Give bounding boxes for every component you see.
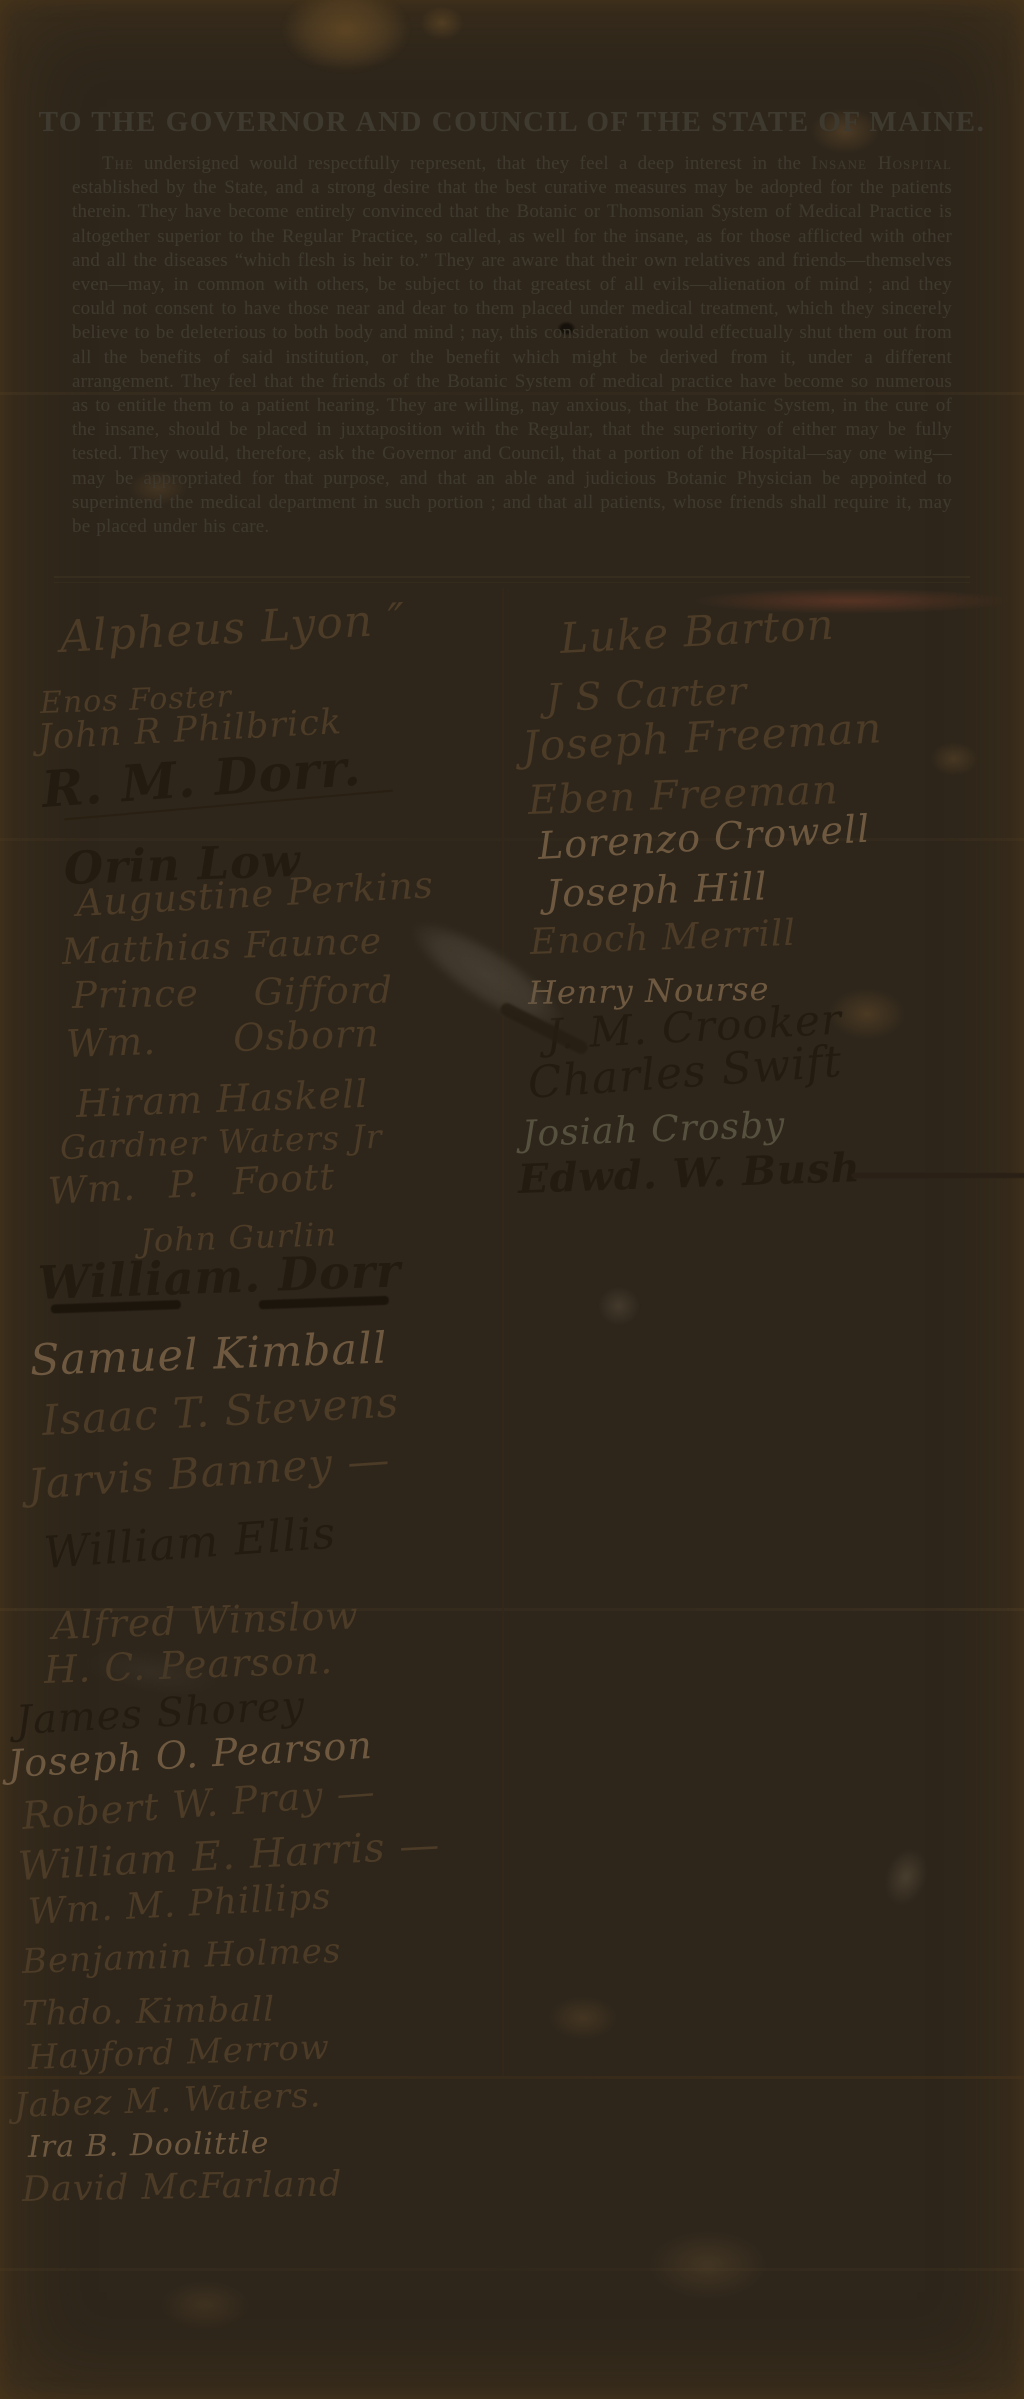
signature: Enoch Merrill — [529, 913, 796, 963]
signature: Isaac T. Stevens — [41, 1377, 400, 1445]
section-divider-rule — [54, 576, 970, 583]
signature: William Ellis — [42, 1508, 337, 1579]
signature: Hayford Merrow — [27, 2027, 330, 2078]
signature: Ira B. Doolittle — [28, 2126, 270, 2165]
stain — [548, 1996, 618, 2040]
signature: Thdo. Kimball — [22, 1990, 276, 2034]
signature: Joseph Hill — [545, 864, 768, 916]
column-divider-line — [502, 588, 509, 2076]
stain — [160, 2280, 250, 2330]
signature: Benjamin Holmes — [21, 1931, 342, 1982]
stain — [648, 2230, 768, 2300]
signature: Wm. Osborn — [65, 1011, 380, 1066]
fold-crease — [0, 2076, 1024, 2079]
signature: Alpheus Lyon ″ — [59, 594, 407, 663]
signature: Jarvis Banney — — [26, 1435, 392, 1509]
fold-crease — [0, 2268, 1024, 2271]
stain — [598, 1286, 640, 1326]
signature: Jabez M. Waters. — [13, 2075, 322, 2126]
stain — [420, 6, 464, 40]
petition-text: The undersigned would respectfully repre… — [72, 152, 952, 539]
signature: Prince Gifford — [72, 968, 394, 1017]
signature: David McFarland — [22, 2164, 343, 2210]
signature: Samuel Kimball — [29, 1324, 388, 1386]
stain — [930, 742, 978, 776]
stain — [282, 0, 410, 72]
petition-document: TO THE GOVERNOR AND COUNCIL OF THE STATE… — [0, 0, 1024, 2399]
document-title: TO THE GOVERNOR AND COUNCIL OF THE STATE… — [0, 106, 1024, 139]
signature: Luke Barton — [559, 600, 836, 663]
signature: William. Dorr — [37, 1243, 402, 1310]
signature: Matthias Faunce — [61, 921, 382, 973]
ink-smudge — [878, 1843, 934, 1911]
